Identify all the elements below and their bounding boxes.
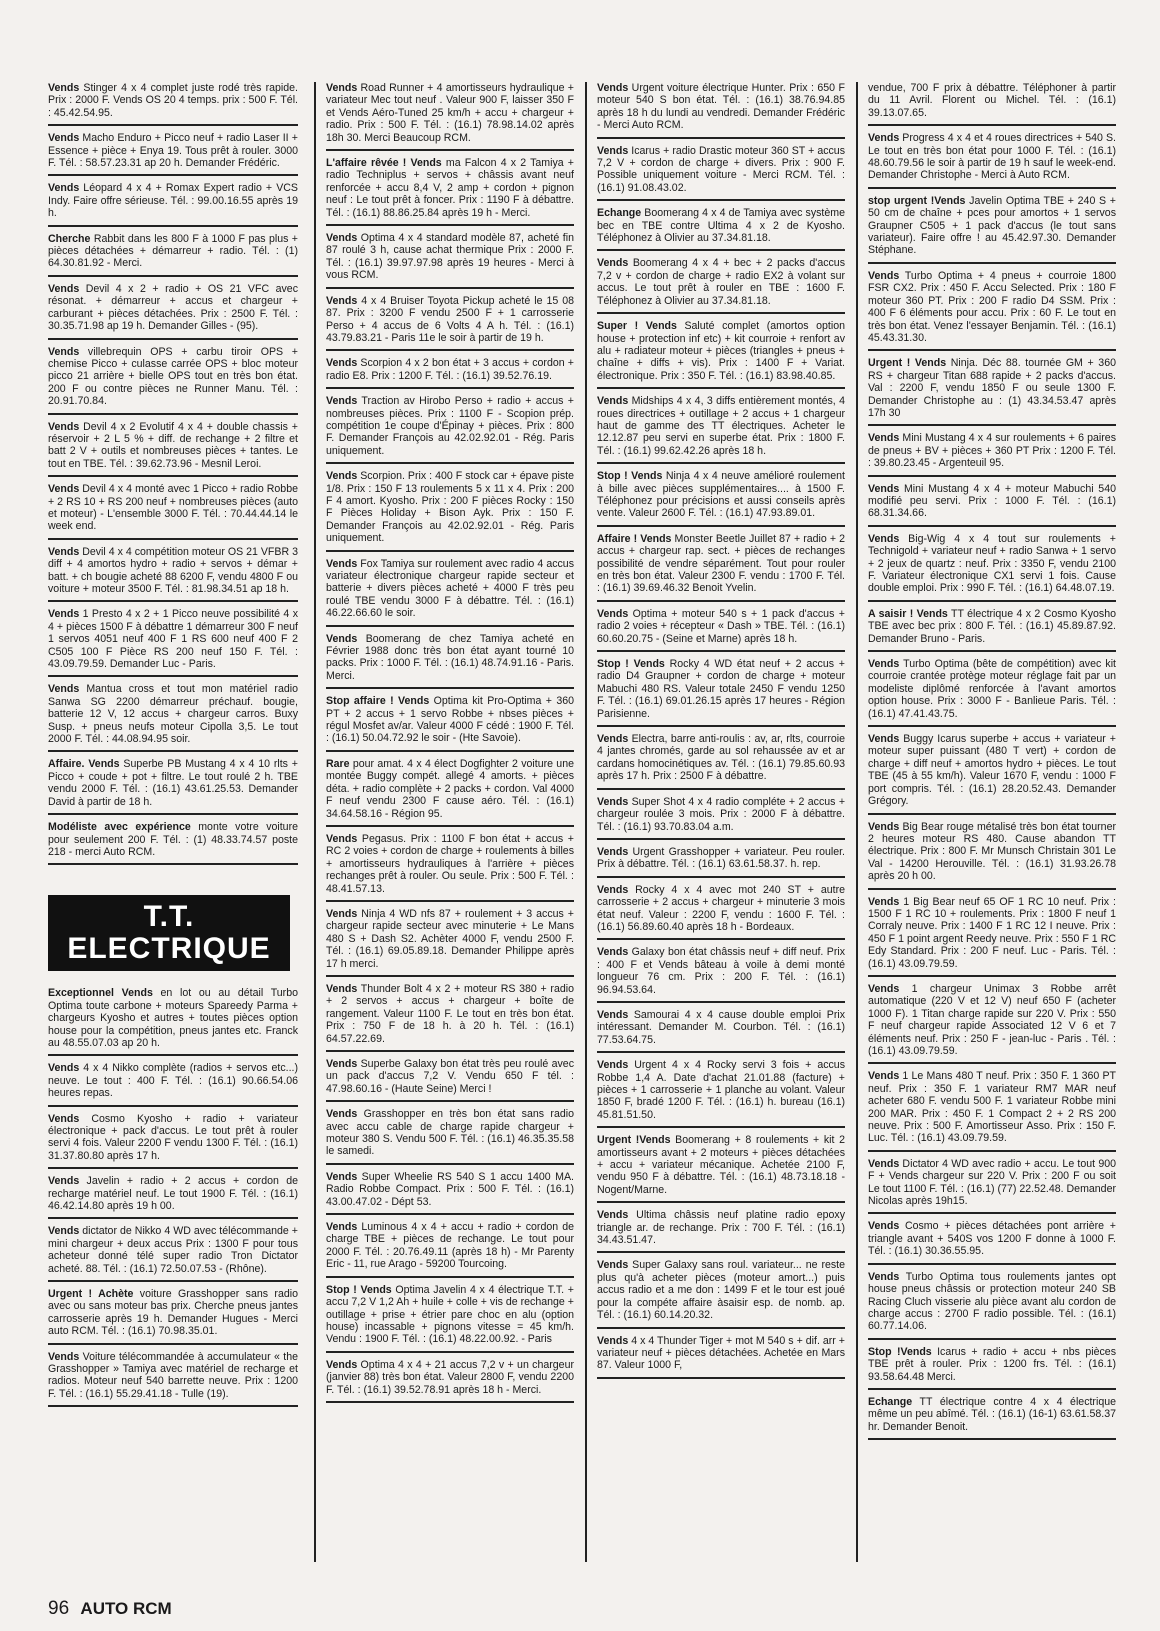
ad-keyword: Vends xyxy=(597,1335,628,1347)
classified-ad: Stop ! Vends Ninja 4 x 4 neuve amélioré … xyxy=(597,470,845,527)
ad-text: Turbo Optima tous roulements jantes opt … xyxy=(868,1271,1116,1333)
classified-ad: Vends 1 chargeur Unimax 3 Robbe arrêt au… xyxy=(868,983,1116,1064)
classified-ad: Vends villebrequin OPS + carbu tiroir OP… xyxy=(48,346,298,415)
classified-ad: Vends Optima + moteur 540 s + 1 pack d'a… xyxy=(597,608,845,652)
classified-ad: Cherche Rabbit dans les 800 F à 1000 F p… xyxy=(48,233,298,277)
classified-ad: vendue, 700 F prix à débattre. Téléphone… xyxy=(868,82,1116,126)
ad-keyword: Vends xyxy=(868,733,899,745)
classified-ad: Stop ! Vends Optima Javelin 4 x 4 électr… xyxy=(326,1284,574,1353)
ad-keyword: Vends xyxy=(326,295,357,307)
ad-keyword: Vends xyxy=(868,1158,899,1170)
ad-text: Rocky 4 x 4 avec mot 240 ST + autre carr… xyxy=(597,884,845,933)
classified-ad: Vends Ultima châssis neuf platine radio … xyxy=(597,1209,845,1253)
ad-text: Super Shot 4 x 4 radio compléte + 2 accu… xyxy=(597,796,845,833)
ad-keyword: Echange xyxy=(597,207,641,219)
ad-text: Cosmo + pièces détachées pont arrière + … xyxy=(868,1220,1116,1257)
ad-text: Boomerang 4 x 4 + bec + 2 packs d'accus … xyxy=(597,257,845,306)
ad-text: Devil 4 x 4 monté avec 1 Picco + radio R… xyxy=(48,483,298,532)
classified-ad: stop urgent !Vends Javelin Optima TBE + … xyxy=(868,195,1116,264)
classified-ad: L'affaire rêvée ! Vends ma Falcon 4 x 2 … xyxy=(326,157,574,226)
ad-keyword: Vends xyxy=(326,1058,357,1070)
section-heading-tt-electrique: T.T. ELECTRIQUE xyxy=(48,895,290,971)
ad-keyword: Vends xyxy=(326,908,357,920)
ad-keyword: Vends xyxy=(868,533,899,545)
ad-keyword: Vends xyxy=(868,896,899,908)
classified-ad: Vends Scorpion. Prix : 400 F stock car +… xyxy=(326,470,574,551)
classified-ad: Rare pour amat. 4 x 4 élect Dogfighter 2… xyxy=(326,758,574,827)
classified-ad: Vends Mantua cross et tout mon matériel … xyxy=(48,683,298,752)
classified-ad: Vends 4 x 4 Bruiser Toyota Pickup acheté… xyxy=(326,295,574,352)
ad-keyword: Vends xyxy=(48,1062,79,1074)
ad-text: Macho Enduro + Picco neuf + radio Laser … xyxy=(48,132,298,169)
classified-ad: Vends Voiture télécommandée à accumulate… xyxy=(48,1351,298,1408)
column-4: vendue, 700 F prix à débattre. Téléphone… xyxy=(856,82,1116,1562)
classified-ad: Stop affaire ! Vends Optima kit Pro-Opti… xyxy=(326,695,574,752)
ad-text: 1 Big Bear neuf 65 OF 1 RC 10 neuf. Prix… xyxy=(868,896,1116,970)
ad-keyword: Vends xyxy=(868,658,899,670)
classified-ad: Super ! Vends Saluté complet (amortos op… xyxy=(597,320,845,389)
ad-keyword: Stop affaire ! Vends xyxy=(326,695,429,707)
ad-keyword: Vends xyxy=(326,1359,357,1371)
classified-ad: Vends Mini Mustang 4 x 4 sur roulements … xyxy=(868,432,1116,476)
ad-keyword: Vends xyxy=(48,82,79,94)
classified-ad: Vends Galaxy bon état châssis neuf + dif… xyxy=(597,946,845,1003)
classified-ad: Vends Optima 4 x 4 standard modèle 87, a… xyxy=(326,232,574,289)
ad-text: Luminous 4 x 4 + accu + radio + cordon d… xyxy=(326,1221,574,1270)
classified-ad: Urgent ! Vends Ninja. Déc 88. tournée GM… xyxy=(868,357,1116,426)
page-footer: 96 AUTO RCM xyxy=(48,1598,172,1620)
ad-text: Mantua cross et tout mon matériel radio … xyxy=(48,683,298,745)
ad-text: dictator de Nikko 4 WD avec télécommande… xyxy=(48,1225,298,1274)
classified-ad: Echange Boomerang 4 x 4 de Tamiya avec s… xyxy=(597,207,845,251)
ad-keyword: Vends xyxy=(48,546,79,558)
classified-ad: Vends Electra, barre anti-roulis : av, a… xyxy=(597,733,845,790)
ad-text: Icarus + radio Drastic moteur 360 ST + a… xyxy=(597,145,845,194)
classified-ad: Vends 1 Le Mans 480 T neuf. Prix : 350 F… xyxy=(868,1070,1116,1151)
ad-text: Samourai 4 x 4 cause double emploi Prix … xyxy=(597,1009,845,1046)
classified-ad: Vends Big-Wig 4 x 4 tout sur roulements … xyxy=(868,533,1116,602)
ad-keyword: Urgent ! Achète xyxy=(48,1288,133,1300)
ad-keyword: L'affaire rêvée ! Vends xyxy=(326,157,442,169)
classified-ad: Vends Super Wheelie RS 540 S 1 accu 1400… xyxy=(326,1171,574,1215)
ad-keyword: Vends xyxy=(326,232,357,244)
classifieds-page: Vends Stinger 4 x 4 complet juste rodé t… xyxy=(48,82,1123,1582)
classified-ad: Urgent ! Achète voiture Grasshopper sans… xyxy=(48,1288,298,1345)
ad-keyword: Modéliste avec expérience xyxy=(48,821,191,833)
ad-keyword: Vends xyxy=(326,395,357,407)
classified-ad: Vends Devil 4 x 2 + radio + OS 21 VFC av… xyxy=(48,283,298,340)
ad-keyword: Vends xyxy=(868,483,899,495)
ad-keyword: Vends xyxy=(597,884,628,896)
ad-text: Javelin + radio + 2 accus + cordon de re… xyxy=(48,1175,298,1212)
ad-keyword: Vends xyxy=(48,483,79,495)
classified-ad: Vends Turbo Optima tous roulements jante… xyxy=(868,1271,1116,1340)
classified-ad: Echange TT électrique contre 4 x 4 élect… xyxy=(868,1396,1116,1440)
classified-ad: Vends Urgent 4 x 4 Rocky servi 3 fois + … xyxy=(597,1059,845,1128)
ad-keyword: Stop ! Vends xyxy=(326,1284,392,1296)
ad-keyword: Affaire. Vends xyxy=(48,758,120,770)
ad-keyword: Vends xyxy=(868,1271,899,1283)
ad-keyword: Vends xyxy=(48,683,79,695)
classified-ad: Vends Grasshopper en très bon état sans … xyxy=(326,1108,574,1165)
ad-keyword: Vends xyxy=(868,432,899,444)
ad-keyword: Vends xyxy=(597,1209,628,1221)
ad-text: Mini Mustang 4 x 4 + moteur Mabuchi 540 … xyxy=(868,483,1116,520)
ad-keyword: Vends xyxy=(597,1259,628,1271)
ad-keyword: Vends xyxy=(48,608,79,620)
classified-ad: Vends Cosmo Kyosho + radio + variateur é… xyxy=(48,1113,298,1170)
section-title-line1: T.T. xyxy=(52,901,286,933)
ad-text: Fox Tamiya sur roulement avec radio 4 ac… xyxy=(326,558,574,620)
ad-text: Ninja 4 WD nfs 87 + roulement + 3 accus … xyxy=(326,908,574,970)
ad-keyword: Vends xyxy=(48,346,79,358)
ad-keyword: Vends xyxy=(868,821,899,833)
ad-text: Big-Wig 4 x 4 tout sur roulements + Tech… xyxy=(868,533,1116,595)
ad-text: Optima + moteur 540 s + 1 pack d'accus +… xyxy=(597,608,845,645)
ad-text: Turbo Optima + 4 pneus + courroie 1800 F… xyxy=(868,270,1116,344)
ad-text: 4 x 4 Thunder Tiger + mot M 540 s + dif.… xyxy=(597,1335,845,1372)
classified-ad: Vends Samourai 4 x 4 cause double emploi… xyxy=(597,1009,845,1053)
ad-text: Scorpion 4 x 2 bon état + 3 accus + cord… xyxy=(326,357,574,381)
ad-text: Progress 4 x 4 et 4 roues directrices + … xyxy=(868,132,1116,181)
classified-ad: Vends 1 Big Bear neuf 65 OF 1 RC 10 neuf… xyxy=(868,896,1116,977)
ad-text: Super Wheelie RS 540 S 1 accu 1400 MA. R… xyxy=(326,1171,574,1208)
ad-keyword: Vends xyxy=(326,633,357,645)
classified-ad: Modéliste avec expérience monte votre vo… xyxy=(48,821,298,865)
ad-text: Cosmo Kyosho + radio + variateur électro… xyxy=(48,1113,298,1162)
classified-ad: Vends Devil 4 x 2 Evolutif 4 x 4 + doubl… xyxy=(48,421,298,478)
classified-ad: Vends Progress 4 x 4 et 4 roues directri… xyxy=(868,132,1116,189)
ad-keyword: Vends xyxy=(326,1108,357,1120)
ad-keyword: Echange xyxy=(868,1396,912,1408)
page-number: 96 xyxy=(48,1598,69,1619)
ad-text: Traction av Hirobo Perso + radio + accus… xyxy=(326,395,574,457)
ad-text: Urgent 4 x 4 Rocky servi 3 fois + accus … xyxy=(597,1059,845,1121)
classified-ad: A saisir ! Vends TT électrique 4 x 2 Cos… xyxy=(868,608,1116,652)
ad-text: 1 chargeur Unimax 3 Robbe arrêt automati… xyxy=(868,983,1116,1057)
ad-keyword: Stop ! Vends xyxy=(597,658,665,670)
classified-ad: Vends Dictator 4 WD avec radio + accu. L… xyxy=(868,1158,1116,1215)
magazine-name: AUTO RCM xyxy=(80,1599,171,1618)
classified-ad: Vends Léopard 4 x 4 + Romax Expert radio… xyxy=(48,182,298,226)
classified-ad: Vends Thunder Bolt 4 x 2 + moteur RS 380… xyxy=(326,983,574,1052)
classified-ad: Vends Optima 4 x 4 + 21 accus 7,2 v + un… xyxy=(326,1359,574,1403)
ad-keyword: stop urgent !Vends xyxy=(868,195,965,207)
classified-ad: Stop ! Vends Rocky 4 WD état neuf + 2 ac… xyxy=(597,658,845,727)
classified-ad: Vends Devil 4 x 4 monté avec 1 Picco + r… xyxy=(48,483,298,540)
ad-text: Electra, barre anti-roulis : av, ar, rlt… xyxy=(597,733,845,782)
ad-keyword: Vends xyxy=(597,796,628,808)
ad-text: Mini Mustang 4 x 4 sur roulements + 6 pa… xyxy=(868,432,1116,469)
classified-ad: Vends Scorpion 4 x 2 bon état + 3 accus … xyxy=(326,357,574,389)
ad-keyword: Vends xyxy=(597,946,628,958)
ad-keyword: Vends xyxy=(868,270,899,282)
ad-keyword: Super ! Vends xyxy=(597,320,677,332)
classified-ad: Vends Turbo Optima + 4 pneus + courroie … xyxy=(868,270,1116,351)
ad-keyword: Vends xyxy=(597,257,628,269)
ad-text: Optima 4 x 4 standard modèle 87, acheté … xyxy=(326,232,574,281)
classified-ad: Vends Ninja 4 WD nfs 87 + roulement + 3 … xyxy=(326,908,574,977)
ad-keyword: Vends xyxy=(48,132,79,144)
classified-ad: Vends Icarus + radio Drastic moteur 360 … xyxy=(597,145,845,202)
column-1: Vends Stinger 4 x 4 complet juste rodé t… xyxy=(48,82,298,1413)
ad-text: Devil 4 x 2 + radio + OS 21 VFC avec rés… xyxy=(48,283,298,332)
classified-ad: Vends Super Shot 4 x 4 radio compléte + … xyxy=(597,796,845,840)
classified-ad: Vends Javelin + radio + 2 accus + cordon… xyxy=(48,1175,298,1219)
ad-text: Urgent voiture électrique Hunter. Prix :… xyxy=(597,82,845,131)
ad-keyword: Urgent !Vends xyxy=(597,1134,671,1146)
ad-keyword: Vends xyxy=(326,983,357,995)
ad-text: Turbo Optima (bête de compétition) avec … xyxy=(868,658,1116,720)
classified-ad: Vends Urgent voiture électrique Hunter. … xyxy=(597,82,845,139)
column-2: Vends Road Runner + 4 amortisseurs hydra… xyxy=(314,82,574,1562)
ad-text: 4 x 4 Nikko complète (radios + servos et… xyxy=(48,1062,298,1099)
classified-ad: Vends Superbe Galaxy bon état très peu r… xyxy=(326,1058,574,1102)
classified-ad: Vends Rocky 4 x 4 avec mot 240 ST + autr… xyxy=(597,884,845,941)
ad-keyword: Vends xyxy=(48,182,79,194)
ad-keyword: Vends xyxy=(597,733,628,745)
ad-keyword: A saisir ! Vends xyxy=(868,608,948,620)
classified-ad: Vends Traction av Hirobo Perso + radio +… xyxy=(326,395,574,464)
classified-ad: Vends Big Bear rouge métalisé très bon é… xyxy=(868,821,1116,890)
ad-keyword: Vends xyxy=(597,1009,628,1021)
classified-ad: Vends Turbo Optima (bête de compétition)… xyxy=(868,658,1116,727)
column-3: Vends Urgent voiture électrique Hunter. … xyxy=(585,82,845,1562)
ad-keyword: Vends xyxy=(326,470,357,482)
classified-ad: Vends Boomerang 4 x 4 + bec + 2 packs d'… xyxy=(597,257,845,314)
classified-ad: Vends Devil 4 x 4 compétition moteur OS … xyxy=(48,546,298,603)
ad-keyword: Vends xyxy=(868,132,899,144)
ad-keyword: Affaire ! Vends xyxy=(597,533,671,545)
ad-keyword: Vends xyxy=(597,395,628,407)
ad-text: vendue, 700 F prix à débattre. Téléphone… xyxy=(868,82,1116,119)
ad-keyword: Vends xyxy=(48,1175,79,1187)
classified-ad: Affaire ! Vends Monster Beetle Juillet 8… xyxy=(597,533,845,602)
ad-keyword: Cherche xyxy=(48,233,90,245)
ad-keyword: Vends xyxy=(48,1225,79,1237)
classified-ad: Vends Boomerang de chez Tamiya acheté en… xyxy=(326,633,574,690)
ad-keyword: Exceptionnel Vends xyxy=(48,987,153,999)
classified-ad: Vends Luminous 4 x 4 + accu + radio + co… xyxy=(326,1221,574,1278)
ad-keyword: Vends xyxy=(326,357,357,369)
ad-text: Devil 4 x 2 Evolutif 4 x 4 + double chas… xyxy=(48,421,298,470)
classified-ad: Vends 4 x 4 Thunder Tiger + mot M 540 s … xyxy=(597,1335,845,1379)
classified-ad: Vends Road Runner + 4 amortisseurs hydra… xyxy=(326,82,574,151)
ad-text: Urgent Grasshopper + variateur. Peu roul… xyxy=(597,846,845,870)
section-title-line2: ELECTRIQUE xyxy=(52,933,286,965)
ad-text: 1 Presto 4 x 2 + 1 Picco neuve possibili… xyxy=(48,608,298,670)
ad-keyword: Vends xyxy=(326,1171,357,1183)
ad-text: Buggy Icarus superbe + accus + variateur… xyxy=(868,733,1116,807)
ad-keyword: Vends xyxy=(868,1070,899,1082)
ad-keyword: Vends xyxy=(326,82,357,94)
ad-text: Midships 4 x 4, 3 diffs entièrement mont… xyxy=(597,395,845,457)
ad-keyword: Vends xyxy=(326,833,357,845)
ad-text: Scorpion. Prix : 400 F stock car + épave… xyxy=(326,470,574,544)
classified-ad: Vends 1 Presto 4 x 2 + 1 Picco neuve pos… xyxy=(48,608,298,677)
ad-keyword: Vends xyxy=(868,1220,899,1232)
ad-keyword: Stop !Vends xyxy=(868,1346,932,1358)
ad-text: Léopard 4 x 4 + Romax Expert radio + VCS… xyxy=(48,182,298,219)
classified-ad: Vends dictator de Nikko 4 WD avec téléco… xyxy=(48,1225,298,1282)
ad-text: Superbe Galaxy bon état très peu roulé a… xyxy=(326,1058,574,1095)
ad-keyword: Vends xyxy=(597,145,628,157)
ad-keyword: Vends xyxy=(597,82,628,94)
ad-text: Galaxy bon état châssis neuf + diff neuf… xyxy=(597,946,845,995)
ad-text: Stinger 4 x 4 complet juste rodé très ra… xyxy=(48,82,298,119)
classified-ad: Vends Midships 4 x 4, 3 diffs entièremen… xyxy=(597,395,845,464)
ad-text: Big Bear rouge métalisé très bon état to… xyxy=(868,821,1116,883)
ad-text: Super Galaxy sans roul. variateur... ne … xyxy=(597,1259,845,1321)
ad-keyword: Vends xyxy=(597,608,628,620)
ad-text: Devil 4 x 4 compétition moteur OS 21 VFB… xyxy=(48,546,298,595)
ad-text: Road Runner + 4 amortisseurs hydraulique… xyxy=(326,82,574,144)
classified-ad: Vends Pegasus. Prix : 1100 F bon état + … xyxy=(326,833,574,902)
classified-ad: Urgent !Vends Boomerang + 8 roulements +… xyxy=(597,1134,845,1203)
ad-keyword: Vends xyxy=(597,846,628,858)
classified-ad: Vends Fox Tamiya sur roulement avec radi… xyxy=(326,558,574,627)
ad-keyword: Rare xyxy=(326,758,350,770)
ad-text: Voiture télécommandée à accumulateur « t… xyxy=(48,1351,298,1400)
classified-ad: Vends Stinger 4 x 4 complet juste rodé t… xyxy=(48,82,298,126)
ad-text: Pegasus. Prix : 1100 F bon état + accus … xyxy=(326,833,574,895)
ad-keyword: Vends xyxy=(48,1351,79,1363)
ad-text: Dictator 4 WD avec radio + accu. Le tout… xyxy=(868,1158,1116,1207)
ad-text: villebrequin OPS + carbu tiroir OPS + ch… xyxy=(48,346,298,408)
ad-text: Boomerang de chez Tamiya acheté en Févri… xyxy=(326,633,574,682)
classified-ad: Vends Buggy Icarus superbe + accus + var… xyxy=(868,733,1116,814)
ad-keyword: Vends xyxy=(48,421,79,433)
ad-text: 1 Le Mans 480 T neuf. Prix : 350 F. 1 36… xyxy=(868,1070,1116,1144)
classified-ad: Vends Super Galaxy sans roul. variateur.… xyxy=(597,1259,845,1328)
classified-ad: Affaire. Vends Superbe PB Mustang 4 x 4 … xyxy=(48,758,298,815)
ad-keyword: Vends xyxy=(597,1059,628,1071)
ad-text: Grasshopper en très bon état sans radio … xyxy=(326,1108,574,1157)
ad-keyword: Vends xyxy=(326,1221,357,1233)
classified-ad: Vends 4 x 4 Nikko complète (radios + ser… xyxy=(48,1062,298,1106)
ad-keyword: Vends xyxy=(48,283,79,295)
classified-ad: Vends Urgent Grasshopper + variateur. Pe… xyxy=(597,846,845,878)
ad-text: Thunder Bolt 4 x 2 + moteur RS 380 + rad… xyxy=(326,983,574,1045)
ad-keyword: Vends xyxy=(326,558,357,570)
ad-text: 4 x 4 Bruiser Toyota Pickup acheté le 15… xyxy=(326,295,574,344)
ad-text: Optima 4 x 4 + 21 accus 7,2 v + un charg… xyxy=(326,1359,574,1396)
ad-text: pour amat. 4 x 4 élect Dogfighter 2 voit… xyxy=(326,758,574,820)
ad-text: Ultima châssis neuf platine radio epoxy … xyxy=(597,1209,845,1246)
ad-keyword: Vends xyxy=(868,983,899,995)
classified-ad: Stop !Vends Icarus + radio + accu + nbs … xyxy=(868,1346,1116,1390)
classified-ad: Exceptionnel Vends en lot ou au détail T… xyxy=(48,987,298,1056)
classified-ad: Vends Macho Enduro + Picco neuf + radio … xyxy=(48,132,298,176)
ad-keyword: Vends xyxy=(48,1113,79,1125)
classified-ad: Vends Mini Mustang 4 x 4 + moteur Mabuch… xyxy=(868,483,1116,527)
ad-keyword: Urgent ! Vends xyxy=(868,357,946,369)
classified-ad: Vends Cosmo + pièces détachées pont arri… xyxy=(868,1220,1116,1264)
ad-keyword: Stop ! Vends xyxy=(597,470,662,482)
